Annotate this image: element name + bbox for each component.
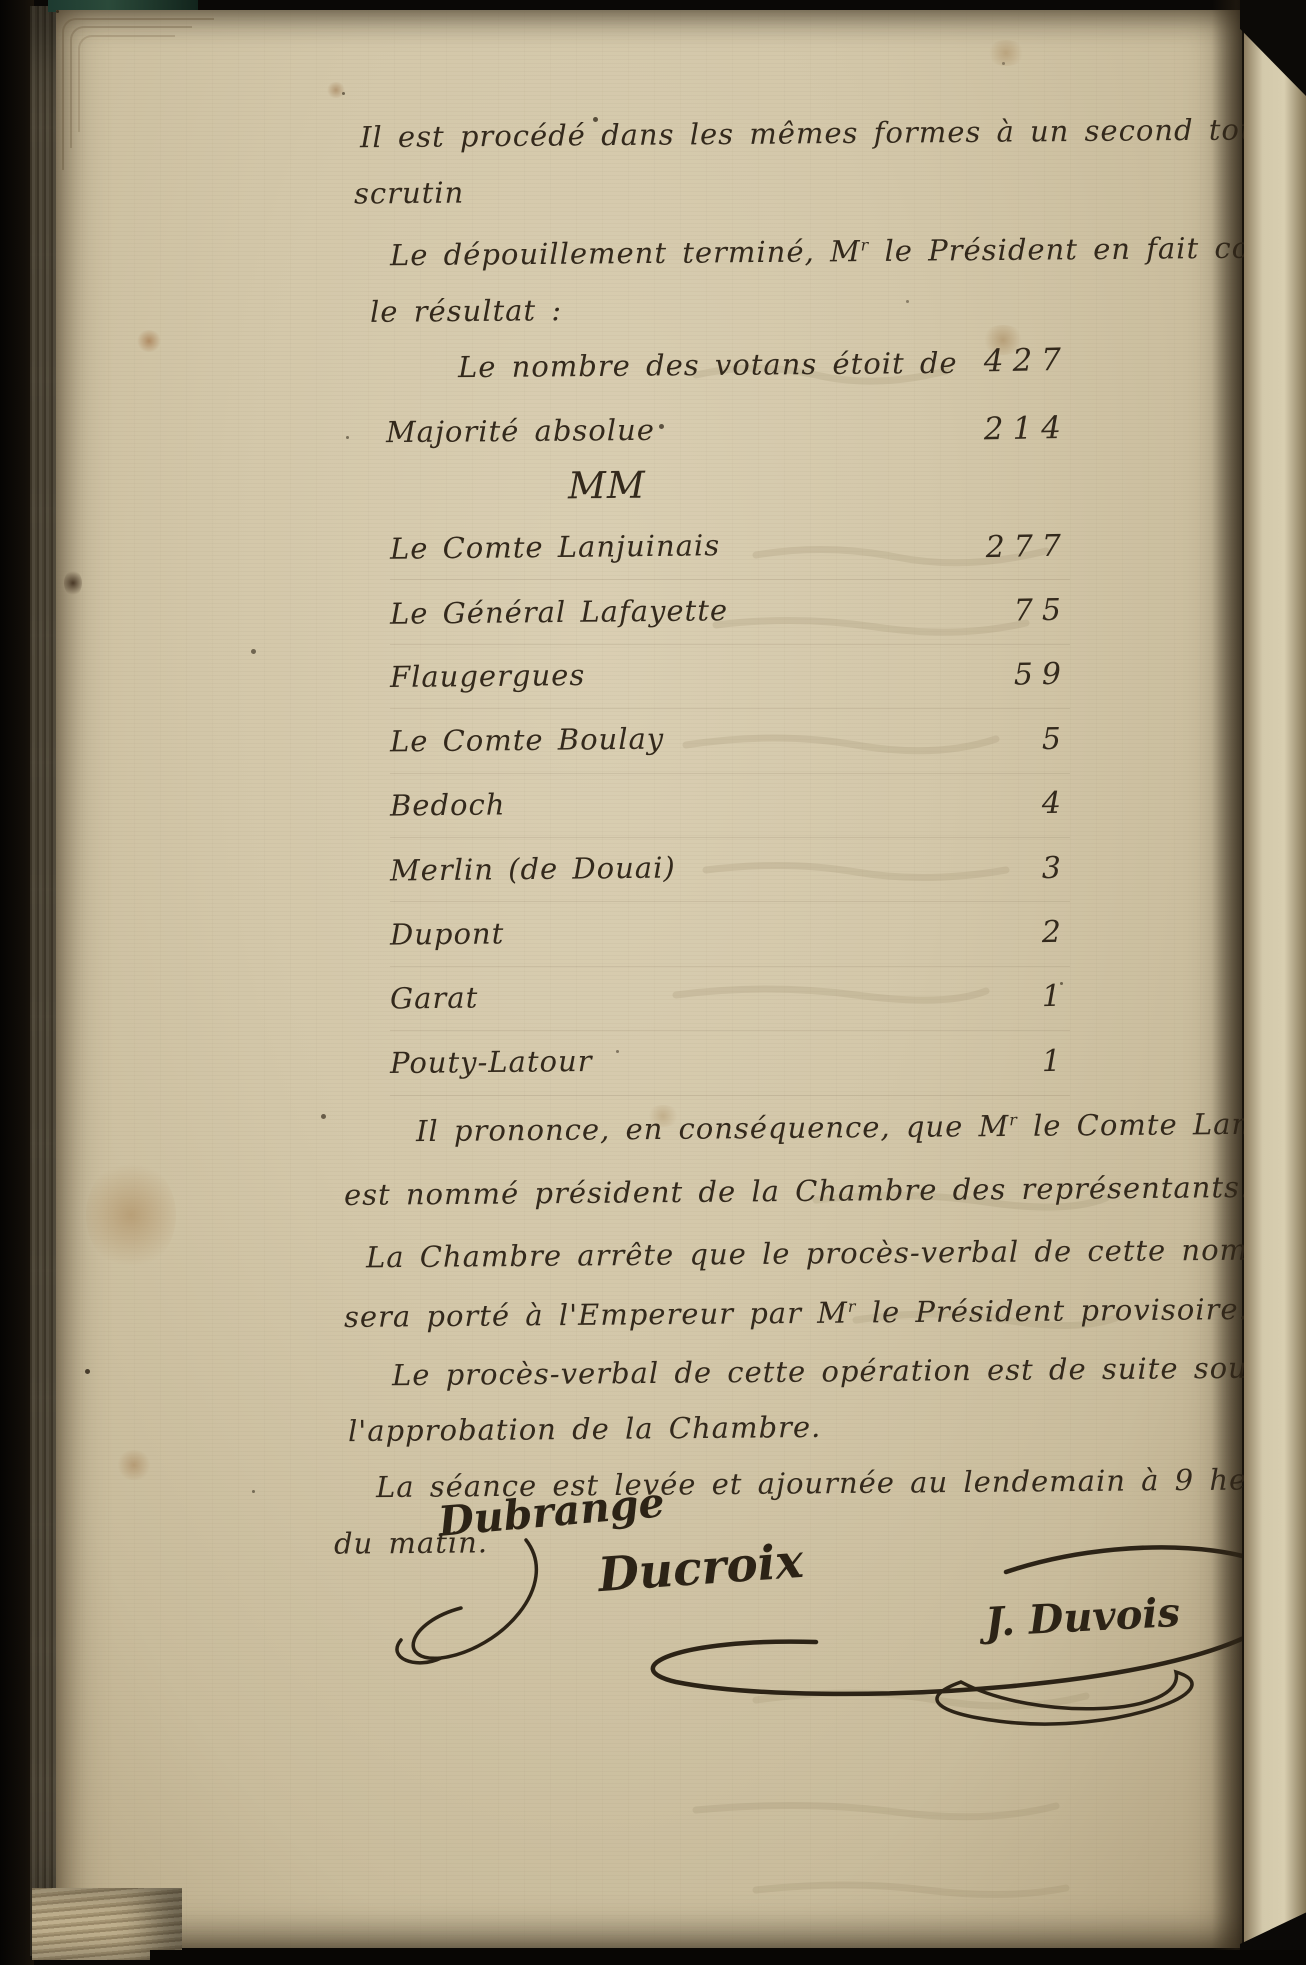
vote-count: 2 xyxy=(920,918,1071,951)
candidate-name: Le Comte Boulay xyxy=(390,725,665,757)
vote-count: 3 xyxy=(920,853,1071,886)
majorite-value: 214 xyxy=(940,413,1071,446)
candidate-name: Merlin (de Douai) xyxy=(390,854,676,886)
vote-count: 1 xyxy=(920,1047,1071,1080)
background-edge xyxy=(150,1950,1306,1965)
candidate-name: Bedoch xyxy=(390,790,506,820)
votans-label: Le nombre des votans étoit de xyxy=(458,348,958,384)
vote-count: 5 xyxy=(920,725,1071,758)
signature: Ducroix xyxy=(597,1538,805,1599)
paragraph-line: scrutin xyxy=(354,178,465,211)
vote-count: 75 xyxy=(920,596,1071,629)
manuscript-page: Il est procédé dans les mêmes formes à u… xyxy=(56,10,1242,1948)
page-corner-layers xyxy=(78,35,175,132)
table-row: Le Général Lafayette 75 xyxy=(390,580,1070,644)
table-row: Dupont 2 xyxy=(390,902,1070,966)
tally-heading: MM xyxy=(568,466,646,507)
paragraph-line: le résultat : xyxy=(370,295,562,329)
vote-count: 277 xyxy=(920,531,1071,564)
adjacent-page-edge xyxy=(1244,0,1306,1965)
table-row: Pouty-Latour 1 xyxy=(390,1031,1070,1095)
candidate-name: Dupont xyxy=(390,919,505,949)
table-row: Le Comte Boulay 5 xyxy=(390,709,1070,773)
vote-tally-rows: Le Comte Lanjuinais 277 Le Général Lafay… xyxy=(390,516,1070,1096)
votans-value: 427 xyxy=(940,345,1071,378)
vote-count: 4 xyxy=(920,789,1071,822)
paragraph-line: l'approbation de la Chambre. xyxy=(348,1412,822,1448)
candidate-name: Le Comte Lanjuinais xyxy=(390,531,720,563)
candidate-name: Pouty-Latour xyxy=(390,1047,593,1078)
majorite-label: Majorité absolue xyxy=(386,415,655,449)
candidate-name: Le Général Lafayette xyxy=(390,596,728,629)
vote-count: 1 xyxy=(920,982,1071,1015)
page-fold-shadow xyxy=(1212,0,1246,1965)
candidate-name: Flaugergues xyxy=(390,661,586,692)
candidate-name: Garat xyxy=(390,983,479,1013)
ink-specks xyxy=(56,10,59,13)
table-row: Bedoch 4 xyxy=(390,774,1070,838)
table-row: Le Comte Lanjuinais 277 xyxy=(390,516,1070,580)
vote-count: 59 xyxy=(920,660,1071,693)
table-row: Flaugergues 59 xyxy=(390,645,1070,709)
signature: J. Duvois xyxy=(984,1593,1181,1643)
table-row: Garat 1 xyxy=(390,967,1070,1031)
table-row: Merlin (de Douai) 3 xyxy=(390,838,1070,902)
book-binding xyxy=(0,0,34,1965)
book-scan: Il est procédé dans les mêmes formes à u… xyxy=(0,0,1306,1965)
